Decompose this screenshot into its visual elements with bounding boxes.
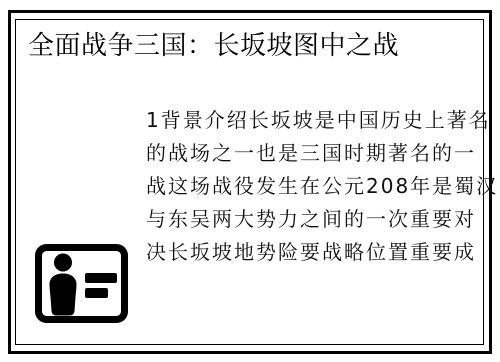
article-page: 全面战争三国：长坂坡图中之战 1背景介绍长坂坡是中国历史上著名 的战场之一也是三…	[0, 0, 500, 362]
article-paragraph: 1背景介绍长坂坡是中国历史上著名 的战场之一也是三国时期著名的一 战这场战役发生…	[146, 104, 480, 269]
text-line-short-icon	[85, 288, 108, 298]
page-title: 全面战争三国：长坂坡图中之战	[28, 31, 399, 61]
text-line-long-icon	[85, 273, 117, 283]
paragraph-line: 的战场之一也是三国时期著名的一	[146, 137, 480, 170]
paragraph-line: 战这场战役发生在公元208年是蜀汉	[146, 170, 480, 203]
paragraph-line: 决长坂坡地势险要战略位置重要成	[146, 236, 480, 269]
profile-card-icon	[35, 244, 128, 323]
paragraph-line: 与东吴两大势力之间的一次重要对	[146, 203, 480, 236]
person-head-icon	[54, 254, 72, 272]
paragraph-line: 1背景介绍长坂坡是中国历史上著名	[146, 104, 480, 137]
person-body-icon	[50, 274, 77, 316]
